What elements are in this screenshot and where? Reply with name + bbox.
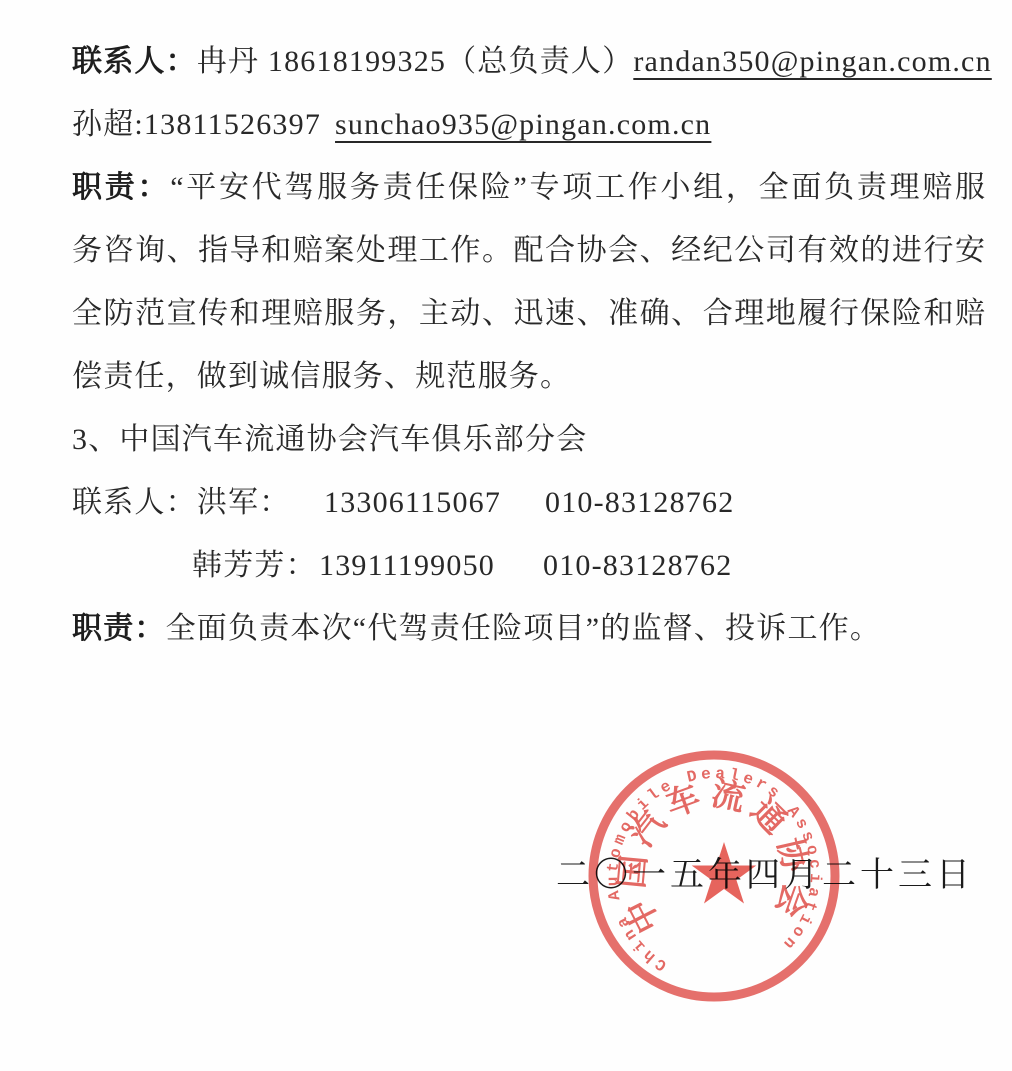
- section3-heading: 3、中国汽车流通协会汽车俱乐部分会: [72, 408, 985, 471]
- section3-duty-line: 职责：全面负责本次“代驾责任险项目”的监督、投诉工作。: [72, 597, 985, 660]
- contact-second-email: sunchao935@pingan.com.cn: [335, 108, 711, 141]
- contact-second-text: 孙超:13811526397: [72, 108, 321, 141]
- pingan-duty-line-3: 全防范宣传和理赔服务，主动、迅速、准确、合理地履行保险和赔: [72, 282, 985, 345]
- contact1-phone: 010-83128762: [545, 471, 734, 534]
- document-page: 联系人：冉丹 18618199325（总负责人）randan350@pingan…: [0, 0, 1012, 1071]
- contact1-name: 洪军：: [197, 486, 291, 519]
- duty-text-3: 全防范宣传和理赔服务，主动、迅速、准确、合理地履行保险和赔: [72, 297, 985, 330]
- duty-label: 职责：: [72, 171, 170, 204]
- section3-contact-line-1: 联系人：洪军： 13306115067 010-83128762: [72, 471, 985, 534]
- pingan-duty-line-2: 务咨询、指导和赔案处理工作。配合协会、经纪公司有效的进行安: [72, 219, 985, 282]
- contact2-name: 韩芳芳：: [192, 534, 317, 597]
- pingan-duty-line-1: 职责：“平安代驾服务责任保险”专项工作小组，全面负责理赔服: [72, 156, 985, 219]
- contact2-mobile: 13911199050: [319, 534, 495, 597]
- section3-duty-label: 职责：: [72, 612, 166, 645]
- contact-label: 联系人：: [72, 45, 197, 78]
- contact-main-text: 冉丹 18618199325（总负责人）: [197, 45, 634, 78]
- duty-text-2: 务咨询、指导和赔案处理工作。配合协会、经纪公司有效的进行安: [72, 234, 985, 267]
- pingan-contact-line-1: 联系人：冉丹 18618199325（总负责人）randan350@pingan…: [72, 30, 985, 93]
- duty-text-4: 偿责任，做到诚信服务、规范服务。: [72, 360, 571, 393]
- contact2-phone: 010-83128762: [543, 534, 732, 597]
- contact-main-email: randan350@pingan.com.cn: [633, 45, 991, 78]
- section3-heading-text: 3、中国汽车流通协会汽车俱乐部分会: [72, 423, 587, 456]
- red-star-icon: [692, 842, 757, 904]
- section3-contact-label: 联系人：洪军：: [72, 471, 290, 534]
- pingan-duty-line-4: 偿责任，做到诚信服务、规范服务。: [72, 345, 985, 408]
- contact1-mobile: 13306115067: [324, 471, 501, 534]
- section3-duty-text: 全面负责本次“代驾责任险项目”的监督、投诉工作。: [166, 612, 881, 645]
- pingan-contact-line-2: 孙超:13811526397sunchao935@pingan.com.cn: [72, 93, 985, 156]
- duty-text-1: “平安代驾服务责任保险”专项工作小组，全面负责理赔服: [170, 171, 985, 204]
- official-seal-stamp: China Automobile Dealers Association 中国汽…: [584, 746, 844, 1006]
- section3-contact-line-2: 韩芳芳： 13911199050 010-83128762: [72, 534, 985, 597]
